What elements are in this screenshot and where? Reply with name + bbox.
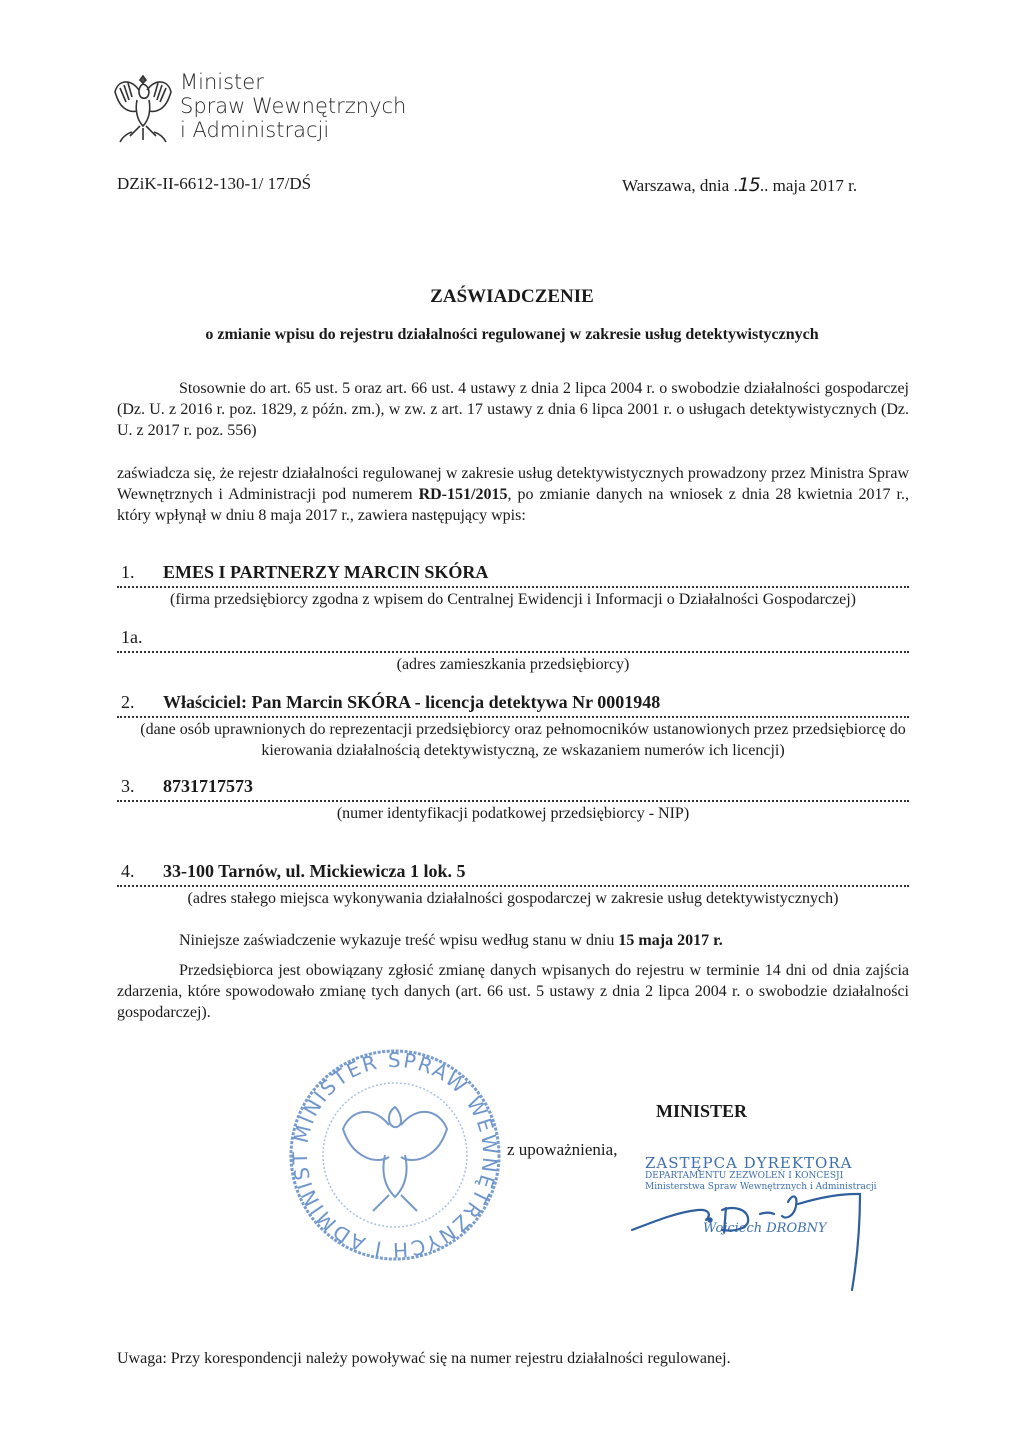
register-number: RD-151/2015	[419, 486, 508, 503]
entry-3-description: (numer identyfikacji podatkowej przedsię…	[117, 803, 909, 824]
entry-1a: 1a.	[117, 627, 909, 653]
svg-text:MINISTER SPRAW WEWNĘTRZNYCH I: MINISTER SPRAW WEWNĘTRZNYCH I ADMINISTRA…	[285, 1045, 503, 1262]
date-suffix: .. maja 2017 r.	[760, 176, 857, 195]
certify-paragraph: zaświadcza się, że rejestr działalności …	[117, 463, 909, 526]
signer-title: ZASTĘPCA DYREKTORA	[645, 1155, 900, 1171]
official-round-stamp-icon: MINISTER SPRAW WEWNĘTRZNYCH I ADMINISTRA…	[285, 1045, 505, 1265]
document-title: ZAŚWIADCZENIE	[0, 286, 1024, 308]
entry-2: 2.Właściciel: Pan Marcin SKÓRA - licencj…	[117, 692, 909, 718]
owner-details: Właściciel: Pan Marcin SKÓRA - licencja …	[163, 692, 660, 712]
entry-number: 3.	[117, 776, 163, 797]
entry-number: 4.	[117, 861, 163, 882]
entry-number: 1.	[117, 562, 163, 583]
minister-label: MINISTER	[656, 1101, 747, 1122]
status-date: 15 maja 2017 r.	[618, 932, 722, 949]
ministry-name-line-3: i Administracji	[180, 118, 406, 142]
ministry-name-line-2: Spraw Wewnętrznych	[180, 94, 406, 118]
entry-2-description: (dane osób uprawnionych do reprezentacji…	[117, 719, 909, 761]
signer-stamp: ZASTĘPCA DYREKTORA DEPARTAMENTU ZEZWOLEŃ…	[645, 1155, 900, 1193]
entry-number: 2.	[117, 692, 163, 713]
handwritten-day: 15	[738, 174, 760, 196]
entry-1a-description: (adres zamieszkania przedsiębiorcy)	[117, 654, 909, 675]
ministry-name: Minister Spraw Wewnętrznych i Administra…	[180, 70, 406, 142]
authorization-text: z upoważnienia,	[507, 1140, 617, 1160]
handwritten-signature-icon	[628, 1190, 888, 1300]
document-subtitle: o zmianie wpisu do rejestru działalności…	[0, 326, 1024, 344]
obligation-paragraph: Przedsiębiorca jest obowiązany zgłosić z…	[117, 960, 909, 1023]
footer-note: Uwaga: Przy korespondencji należy powoły…	[117, 1350, 731, 1368]
date-prefix: Warszawa, dnia .	[622, 176, 738, 195]
entry-number: 1a.	[117, 627, 163, 648]
polish-eagle-emblem-icon	[112, 70, 174, 148]
entry-1: 1.EMES I PARTNERZY MARCIN SKÓRA	[117, 562, 909, 588]
business-address: 33-100 Tarnów, ul. Mickiewicza 1 lok. 5	[163, 861, 466, 881]
intro-paragraph: Stosownie do art. 65 ust. 5 oraz art. 66…	[117, 378, 909, 441]
status-paragraph: Niniejsze zaświadczenie wykazuje treść w…	[117, 930, 909, 951]
ministry-name-line-1: Minister	[180, 70, 406, 94]
status-text: Niniejsze zaświadczenie wykazuje treść w…	[179, 932, 618, 949]
entry-4: 4.33-100 Tarnów, ul. Mickiewicza 1 lok. …	[117, 861, 909, 887]
entry-4-description: (adres stałego miejsca wykonywania dział…	[117, 888, 909, 909]
entry-3: 3.8731717573	[117, 776, 909, 802]
place-and-date: Warszawa, dnia .15.. maja 2017 r.	[622, 174, 857, 196]
entry-1-description: (firma przedsiębiorcy zgodna z wpisem do…	[117, 589, 909, 610]
nip-number: 8731717573	[163, 776, 253, 796]
signer-department: DEPARTAMENTU ZEZWOLEŃ I KONCESJI	[645, 1171, 900, 1182]
reference-number: DZiK-II-6612-130-1/ 17/DŚ	[117, 174, 311, 194]
company-name: EMES I PARTNERZY MARCIN SKÓRA	[163, 562, 488, 582]
